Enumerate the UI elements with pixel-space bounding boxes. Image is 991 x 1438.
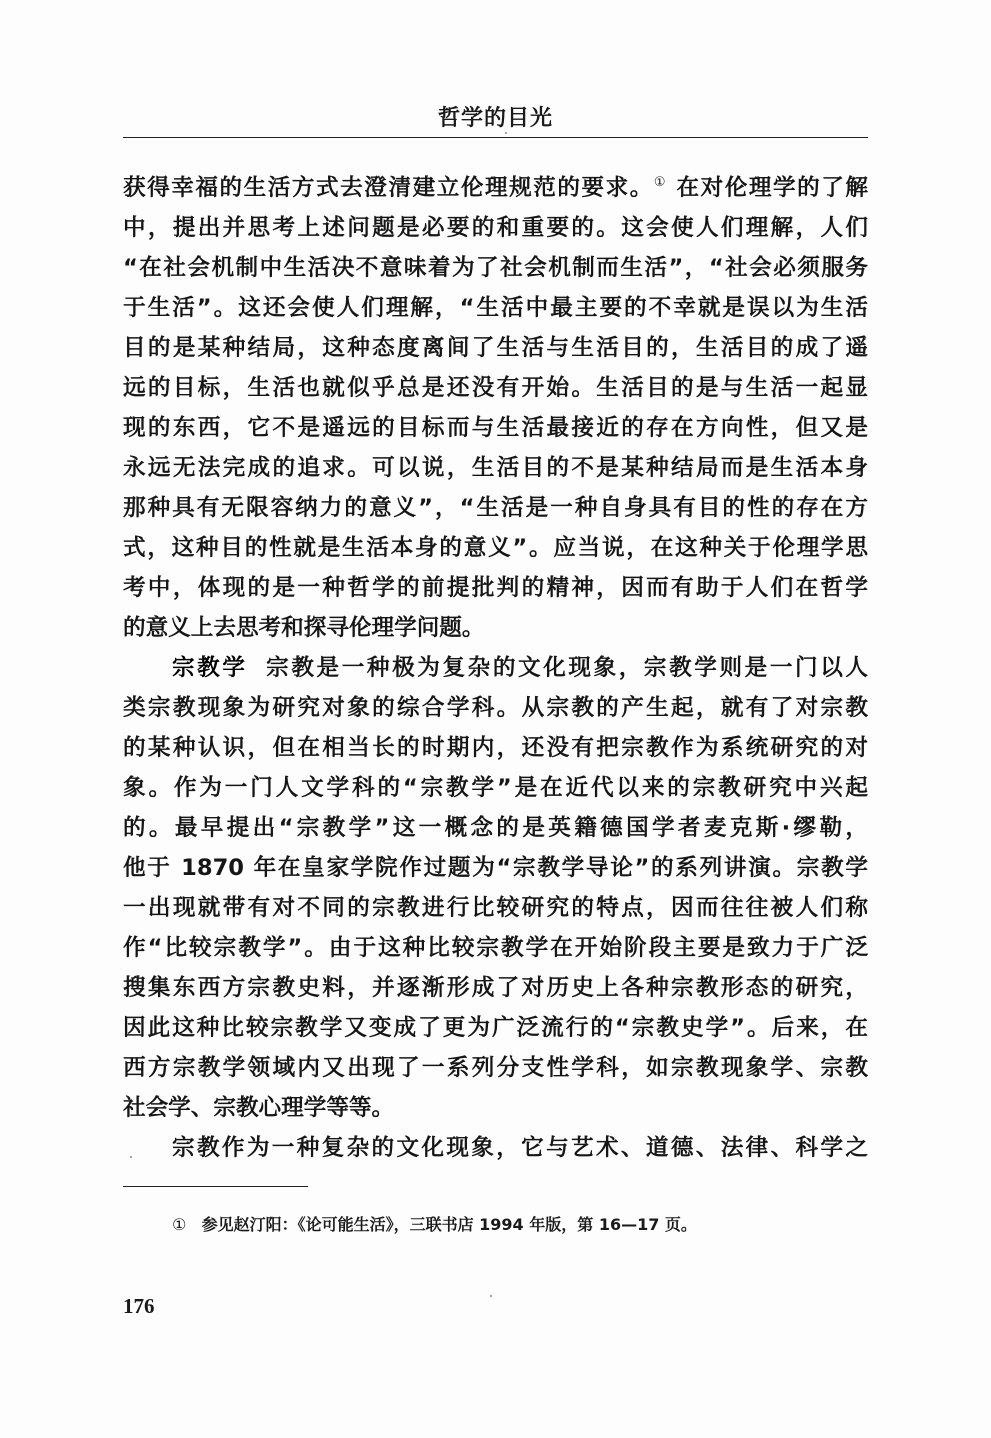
text-line: 远的目标，生活也就似乎总是还没有开始。生活目的是与生活一起显 — [123, 368, 868, 408]
text-line: 搜集东西方宗教史料，并逐渐形成了对历史上各种宗教形态的研究， — [123, 968, 868, 1008]
text-line: “在社会机制中生活决不意味着为了社会机制而生活”，“社会必须服务 — [123, 248, 868, 288]
text-line: 的某种认识，但在相当长的时期内，还没有把宗教作为系统研究的对 — [123, 728, 868, 768]
paragraph-religious-studies: 宗教学宗教是一种极为复杂的文化现象，宗教学则是一门以人 类宗教现象为研究对象的综… — [123, 648, 868, 1128]
text-line: 式，这种目的性就是生活本身的意义”。应当说，在这种关于伦理学思 — [123, 528, 868, 568]
text-line: 作“比较宗教学”。由于这种比较宗教学在开始阶段主要是致力于广泛 — [123, 928, 868, 968]
text-line: 获得幸福的生活方式去澄清建立伦理规范的要求。① 在对伦理学的了解 — [123, 168, 868, 208]
text-line: 的。最早提出“宗教学”这一概念的是英籍德国学者麦克斯·缪勒， — [123, 808, 868, 848]
footnote: ① 参见赵汀阳：《论可能生活》，三联书店 1994 年版，第 16—17 页。 — [172, 1212, 697, 1235]
text-line: 社会学、宗教心理学等等。 — [123, 1088, 868, 1128]
footnote-rule — [123, 1186, 308, 1187]
page-number: 176 — [123, 1294, 155, 1319]
text-line: 目的是某种结局，这种态度离间了生活与生活目的，生活目的成了遥 — [123, 328, 868, 368]
running-head: 哲学的目光 — [123, 101, 868, 132]
footnote-mark: ① — [172, 1215, 196, 1234]
text-line: 宗教学宗教是一种极为复杂的文化现象，宗教学则是一门以人 — [123, 648, 868, 688]
text-line: 宗教作为一种复杂的文化现象，它与艺术、道德、法律、科学之 — [123, 1128, 868, 1168]
text-line: 于生活”。这还会使人们理解，“生活中最主要的不幸就是误以为生活 — [123, 288, 868, 328]
text-line: 中，提出并思考上述问题是必要的和重要的。这会使人们理解，人们 — [123, 208, 868, 248]
paragraph-ethics-continued: 获得幸福的生活方式去澄清建立伦理规范的要求。① 在对伦理学的了解 中，提出并思考… — [123, 168, 868, 648]
text-line: 类宗教现象为研究对象的综合学科。从宗教的产生起，就有了对宗教 — [123, 688, 868, 728]
section-term: 宗教学 — [172, 655, 248, 681]
footnote-text: 参见赵汀阳：《论可能生活》，三联书店 1994 年版，第 16—17 页。 — [202, 1215, 697, 1234]
text-line: 他于 1870 年在皇家学院作过题为“宗教学导论”的系列讲演。宗教学 — [123, 848, 868, 888]
text-line: 那种具有无限容纳力的意义”，“生活是一种自身具有目的性的存在方 — [123, 488, 868, 528]
text-line: 的意义上去思考和探寻伦理学问题。 — [123, 608, 868, 648]
text-line: 西方宗教学领域内又出现了一系列分支性学科，如宗教现象学、宗教 — [123, 1048, 868, 1088]
footnote-reference[interactable]: ① — [654, 175, 667, 190]
scan-speck — [505, 132, 507, 134]
scan-speck — [130, 1156, 132, 1158]
text-line: 象。作为一门人文学科的“宗教学”是在近代以来的宗教研究中兴起 — [123, 768, 868, 808]
text-line: 现的东西，它不是遥远的目标而与生活最接近的存在方向性，但又是 — [123, 408, 868, 448]
body-text: 获得幸福的生活方式去澄清建立伦理规范的要求。① 在对伦理学的了解 中，提出并思考… — [123, 168, 868, 1168]
scan-speck — [490, 1295, 492, 1297]
text-line: 永远无法完成的追求。可以说，生活目的不是某种结局而是生活本身 — [123, 448, 868, 488]
text-line: 因此这种比较宗教学又变成了更为广泛流行的“宗教史学”。后来，在 — [123, 1008, 868, 1048]
book-page: 哲学的目光 获得幸福的生活方式去澄清建立伦理规范的要求。① 在对伦理学的了解 中… — [0, 0, 991, 1438]
paragraph-religion-culture: 宗教作为一种复杂的文化现象，它与艺术、道德、法律、科学之 — [123, 1128, 868, 1168]
text-line: 一出现就带有对不同的宗教进行比较研究的特点，因而往往被人们称 — [123, 888, 868, 928]
text-line: 考中，体现的是一种哲学的前提批判的精神，因而有助于人们在哲学 — [123, 568, 868, 608]
header-rule — [123, 137, 868, 138]
